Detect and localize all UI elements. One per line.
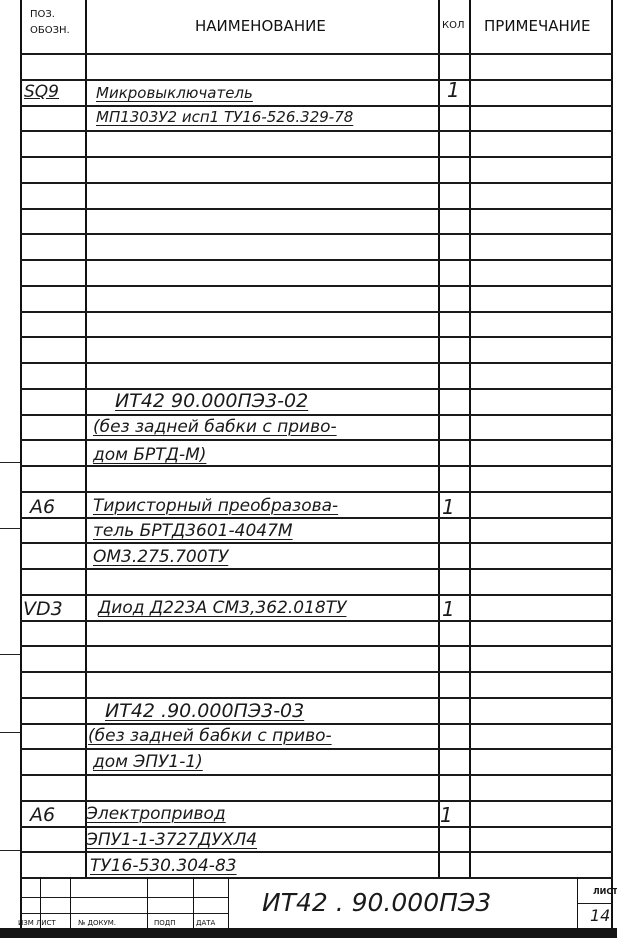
margin-tick xyxy=(0,654,20,655)
margin-tick xyxy=(0,732,20,733)
qty-header: КОЛ xyxy=(442,20,465,31)
name-cell: ЭПУ1-1-3727ДУХЛ4 xyxy=(86,830,257,850)
row-rule xyxy=(20,208,613,210)
pos-cell: А6 xyxy=(30,496,55,518)
row-rule xyxy=(20,913,228,914)
row-rule xyxy=(20,182,613,184)
column-rule xyxy=(228,877,229,928)
column-rule xyxy=(147,877,148,928)
row-rule xyxy=(577,903,613,904)
row-rule xyxy=(20,53,613,55)
qty-cell: 1 xyxy=(447,78,460,102)
qty-cell: 1 xyxy=(440,803,453,827)
row-rule xyxy=(20,517,613,519)
qty-cell: 1 xyxy=(442,597,455,621)
row-rule xyxy=(20,645,613,647)
pos-header-line1: ПОЗ. xyxy=(30,7,70,23)
name-cell: тель БРТД3601-4047М xyxy=(93,521,293,541)
name-cell: Тиристорный преобразова- xyxy=(93,496,338,516)
column-rule xyxy=(611,0,613,928)
document-code: ИТ42 . 90.000ПЭ3 xyxy=(262,888,491,917)
row-rule xyxy=(20,336,613,338)
tb-label-list: ЛИСТ xyxy=(36,919,56,927)
name-cell: дом ЭПУ1-1) xyxy=(93,752,203,772)
margin-tick xyxy=(0,528,20,529)
row-rule xyxy=(20,723,613,725)
note-header: ПРИМЕЧАНИЕ xyxy=(484,17,591,35)
row-rule xyxy=(20,826,613,828)
column-rule xyxy=(577,877,578,928)
sheet-label: ЛИСТ xyxy=(593,887,617,896)
row-rule xyxy=(20,156,613,158)
row-rule xyxy=(20,130,613,132)
name-cell: ИТ42 90.000ПЭ3-02 xyxy=(115,390,308,412)
row-rule xyxy=(20,388,613,390)
row-rule xyxy=(20,851,613,853)
pos-cell: SQ9 xyxy=(24,82,59,102)
row-rule xyxy=(20,697,613,699)
row-rule xyxy=(20,877,613,879)
row-rule xyxy=(20,285,613,287)
pos-cell: А6 xyxy=(30,804,55,826)
name-cell: ОМ3.275.700ТУ xyxy=(93,547,228,567)
row-rule xyxy=(20,414,613,416)
row-rule xyxy=(20,620,613,622)
row-rule xyxy=(20,542,613,544)
pos-header-line2: ОБОЗН. xyxy=(30,23,70,39)
row-rule xyxy=(20,491,613,493)
row-rule xyxy=(20,774,613,776)
name-cell: МП1303У2 исп1 ТУ16-526.329-78 xyxy=(96,108,353,126)
qty-cell: 1 xyxy=(442,495,455,519)
margin-tick xyxy=(0,850,20,851)
column-rule xyxy=(20,0,22,928)
tb-label-date: ДАТА xyxy=(196,919,215,927)
row-rule xyxy=(20,897,228,898)
name-cell: Электропривод xyxy=(86,804,226,824)
row-rule xyxy=(20,79,613,81)
tb-label-signature: ПОДП xyxy=(154,919,176,927)
row-rule xyxy=(20,748,613,750)
pos-header: ПОЗ. ОБОЗН. xyxy=(30,7,70,39)
row-rule xyxy=(20,671,613,673)
tb-label-doc-number: № ДОКУМ. xyxy=(78,919,116,927)
row-rule xyxy=(20,800,613,802)
column-rule xyxy=(70,877,71,928)
row-rule xyxy=(20,311,613,313)
name-cell: ИТ42 .90.000ПЭ3-03 xyxy=(105,700,304,722)
column-rule xyxy=(193,877,194,928)
name-header: НАИМЕНОВАНИЕ xyxy=(195,17,326,35)
sheet-number: 14 xyxy=(590,906,610,925)
taskbar xyxy=(0,928,617,938)
row-rule xyxy=(20,233,613,235)
tb-label-izm: ИЗМ xyxy=(18,919,34,927)
margin-tick xyxy=(0,462,20,463)
row-rule xyxy=(20,259,613,261)
row-rule xyxy=(20,362,613,364)
name-cell: дом БРТД-М) xyxy=(93,445,206,465)
row-rule xyxy=(20,568,613,570)
name-cell: (без задней бабки с приво- xyxy=(93,417,337,437)
name-cell: (без задней бабки с приво- xyxy=(88,726,332,746)
row-rule xyxy=(20,439,613,441)
name-cell: Микровыключатель xyxy=(96,84,253,102)
specification-sheet: ПОЗ. ОБОЗН. НАИМЕНОВАНИЕ КОЛ ПРИМЕЧАНИЕ … xyxy=(0,0,617,928)
name-cell: Диод Д223А СМ3,362.018ТУ xyxy=(98,598,346,618)
row-rule xyxy=(20,594,613,596)
row-rule xyxy=(20,465,613,467)
row-rule xyxy=(20,105,613,107)
pos-cell: VD3 xyxy=(23,598,63,620)
name-cell: ТУ16-530.304-83 xyxy=(90,856,237,876)
